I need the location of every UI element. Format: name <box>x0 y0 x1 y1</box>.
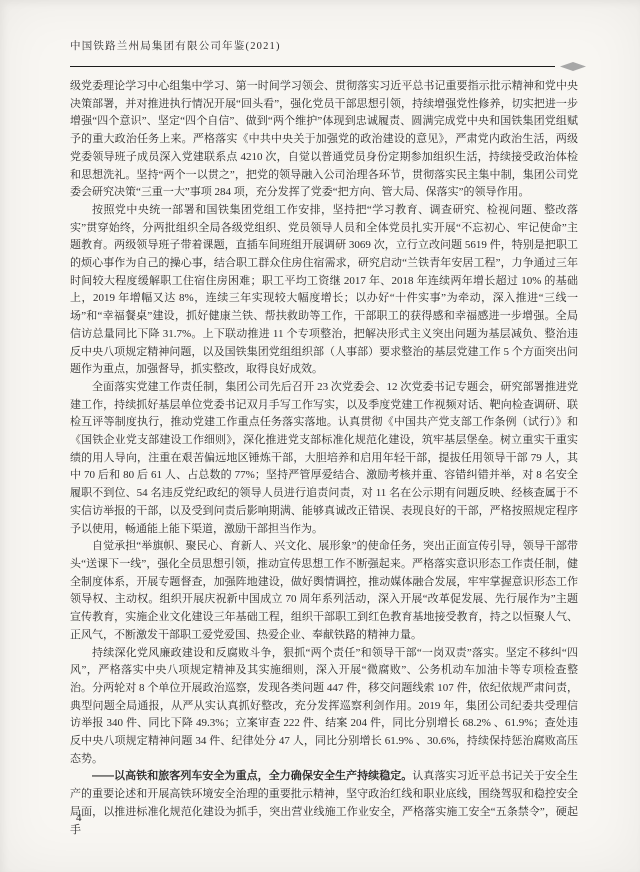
paragraph-1: 级党委理论学习中心组集中学习、第一时间学习领会、贯彻落实习近平总书记重要指示批示… <box>70 78 578 202</box>
header-rule-line <box>70 66 555 67</box>
paragraph-4: 自觉承担“举旗帜、聚民心、育新人、兴文化、展形象”的使命任务，突出正面宣传引导，… <box>70 538 578 644</box>
paragraph-5: 持续深化党风廉政建设和反腐败斗争，狠抓“两个责任”和领导干部“一岗双责”落实。坚… <box>70 645 578 769</box>
page-header: 中国铁路兰州局集团有限公司年鉴(2021) <box>70 38 586 71</box>
yearbook-page: 中国铁路兰州局集团有限公司年鉴(2021) 级党委理论学习中心组集中学习、第一时… <box>0 0 640 872</box>
paragraph-2: 按照党中央统一部署和国铁集团党组工作安排，坚持把“学习教育、调查研究、检视问题、… <box>70 202 578 379</box>
diamond-ornament-icon <box>560 62 586 71</box>
body-text: 级党委理论学习中心组集中学习、第一时间学习领会、贯彻落实习近平总书记重要指示批示… <box>70 78 578 839</box>
paragraph-3: 全面落实党建工作责任制，集团公司先后召开 23 次党委会、12 次党委书记专题会… <box>70 379 578 538</box>
header-rule <box>70 62 586 71</box>
paragraph-6-bold-lead: ——以高铁和旅客列车安全为重点，全力确保安全生产持续稳定。 <box>92 770 412 782</box>
paragraph-6: ——以高铁和旅客列车安全为重点，全力确保安全生产持续稳定。认真落实习近平总书记关… <box>70 768 578 839</box>
page-number: 4 <box>76 812 82 824</box>
running-head-title: 中国铁路兰州局集团有限公司年鉴(2021) <box>70 38 586 53</box>
